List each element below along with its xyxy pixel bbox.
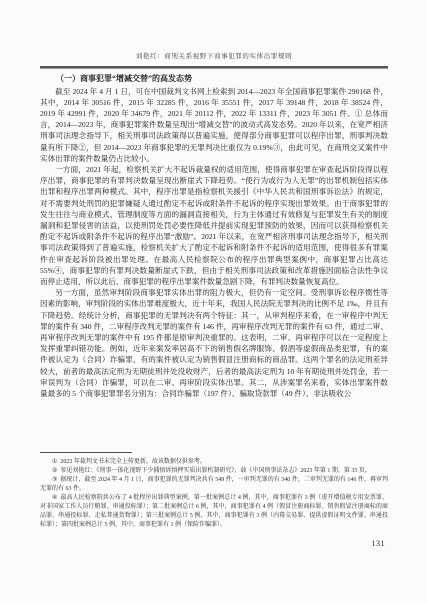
footnote-3: ③据统计，截至 2024 年 4 月 1 日，商事犯罪的无罪判决共有 549 件… <box>40 476 388 494</box>
footnote-3-text: 据统计，截至 2024 年 4 月 1 日，商事犯罪的无罪判决共有 549 件，… <box>40 477 388 492</box>
footnote-2-text: 参见刘艳红：《刑事一体化视野下少捕慎诉慎押实质出罪机制研究》，载《中国刑事法杂志… <box>60 468 371 474</box>
body-paragraph-3: 另一方面，虽然审判阶段商事犯罪实体出罪的阻力极大，但仍有一定空间。受刑事诉讼程序… <box>40 287 388 399</box>
footnote-4-marker: ④ <box>52 495 57 501</box>
footnote-1-marker: ① <box>52 459 57 465</box>
document-page: 刘艳红：商刑关系视野下商事犯罪的实体出罪规则 （一）商事犯罪“增减交替”的高发态… <box>0 0 427 603</box>
footnote-2: ②参见刘艳红：《刑事一体化视野下少捕慎诉慎押实质出罪机制研究》，载《中国刑事法杂… <box>40 467 388 476</box>
footnote-4: ④最高人民检察院共公布了 4 批程序出罪典型案例，第一批案例总计 4 例，其中，… <box>40 494 388 530</box>
body-paragraph-1: 截至 2024 年 4 月 1 日，可在中国裁判文书网上检索到 2014—202… <box>40 86 388 164</box>
page-body: （一）商事犯罪“增减交替”的高发态势 截至 2024 年 4 月 1 日，可在中… <box>40 73 388 399</box>
footnote-1-text: 2023 年裁判文书未完全上传更新，故该数据仅供参考。 <box>60 459 206 465</box>
footnote-1: ①2023 年裁判文书未完全上传更新，故该数据仅供参考。 <box>40 458 388 467</box>
footnote-separator <box>40 452 132 453</box>
page-number: 131 <box>372 539 386 548</box>
running-header: 刘艳红：商刑关系视野下商事犯罪的实体出罪规则 <box>40 53 388 61</box>
footnote-2-marker: ② <box>52 468 57 474</box>
footnotes-block: ①2023 年裁判文书未完全上传更新，故该数据仅供参考。 ②参见刘艳红：《刑事一… <box>40 458 388 530</box>
footnote-4-text: 最高人民检察院共公布了 4 批程序出罪典型案例，第一批案例总计 4 例，其中，商… <box>40 495 388 528</box>
footnote-3-marker: ③ <box>52 477 57 483</box>
section-title: （一）商事犯罪“增减交替”的高发态势 <box>40 73 388 86</box>
header-rule <box>40 66 388 69</box>
body-paragraph-2: 一方面，2021 年起，检察机关扩大不起诉裁量权的适用范围，使得商事犯罪在审查起… <box>40 164 388 287</box>
